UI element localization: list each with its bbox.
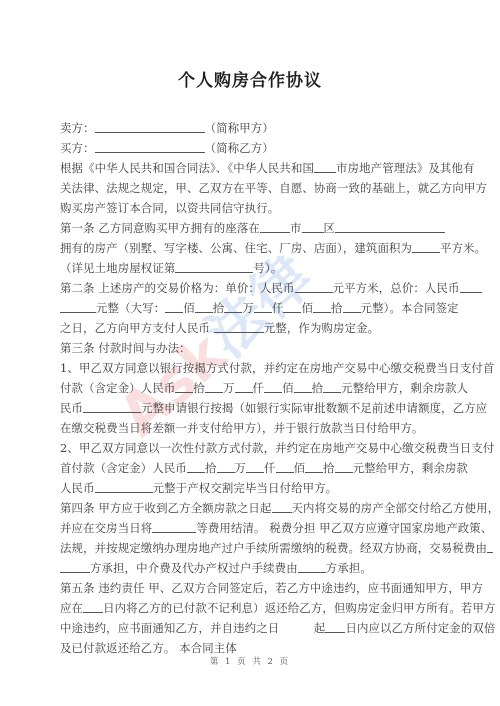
fill-in-blank[interactable] [254, 299, 272, 313]
fill-in-blank[interactable] [175, 379, 193, 393]
line-text: 元整给甲方，剩余房款 [353, 461, 468, 475]
line-text: 买方： [60, 141, 95, 155]
fill-in-blank[interactable] [313, 299, 331, 313]
line-text: （简称甲方） [205, 121, 274, 135]
line-text: 仟 [272, 301, 284, 315]
line-text: 应在 [60, 601, 83, 615]
line-text: 之日，乙方向甲方支付人民币 [60, 321, 214, 335]
fill-in-blank[interactable] [83, 399, 141, 413]
line-text: 购买房产签订本合同，以资共同信守执行。 [60, 201, 279, 215]
document-line: 拥有的房产（别墅、写字楼、公寓、住宅、厂房、店面），建筑面积为平方米。 [60, 238, 445, 258]
line-text: 拾 [331, 301, 343, 315]
fill-in-blank[interactable] [298, 559, 326, 573]
fill-in-blank[interactable] [83, 599, 103, 613]
line-text: 第一条 乙方同意购买甲方拥有的座落在 [60, 221, 260, 235]
document-line: 第五条 违约责任 甲、乙双方合同签定后，若乙方中途违约，应书面通知甲方，甲方 [60, 578, 445, 598]
document-title: 个人购房合作协议 [0, 66, 500, 91]
line-text: 拾 [193, 381, 205, 395]
line-text: 拾 [323, 461, 335, 475]
document-line: 元整（大写：佰拾万仟佰拾元整）。本合同签定 [60, 298, 445, 318]
document-line: （详见土地房屋权证第号）。 [60, 258, 445, 278]
fill-in-blank[interactable] [264, 379, 282, 393]
line-text: 佰 [294, 461, 306, 475]
line-text: 日内应以乙方所付定金的双倍 [345, 621, 495, 635]
document-line: 第二条 上述房产的交易价格为：单价：人民币元平方米，总价：人民币 [60, 278, 445, 298]
fill-in-blank[interactable] [294, 379, 312, 393]
line-text: 1、甲乙双方同意以银行按揭方式付款，并约定在房地产交易中心缴交税费当日支付首 [60, 361, 494, 375]
fill-in-blank[interactable] [412, 239, 440, 253]
line-text: 仟 [253, 381, 265, 395]
document-line: 应在日内将乙方的已付款不记利息）返还给乙方，但购房定金归甲方所有。若甲方 [60, 598, 445, 618]
document-line: 方承担，中介费及代办产权过户手续费由方承担。 [60, 558, 445, 578]
fill-in-blank[interactable] [260, 219, 290, 233]
line-text: 市 [290, 221, 302, 235]
line-text: 拥有的房产（别墅、写字楼、公寓、住宅、厂房、店面），建筑面积为 [60, 241, 412, 255]
document-line: 购买房产签订本合同，以资共同信守执行。 [60, 198, 445, 218]
line-text: 号）。 [253, 261, 282, 275]
page-footer: 第 1 页 共 2 页 [0, 655, 500, 667]
fill-in-blank[interactable] [246, 459, 264, 473]
line-text: 方承担，中介费及代办产权过户手续费由 [90, 561, 298, 575]
line-text: 在缴交税费当日将差额一并支付给甲方），并于银行放款当日付给甲方。 [60, 421, 424, 435]
line-text: 关法律、法规之规定，甲、乙双方在平等、自愿、协商一致的基础上，就乙方向甲方 [60, 181, 487, 195]
fill-in-blank[interactable] [217, 459, 235, 473]
line-text: 万 [242, 301, 254, 315]
fill-in-blank[interactable] [224, 299, 242, 313]
fill-in-blank[interactable] [214, 319, 264, 333]
document-line: 法规，并按规定缴纳办理房地产过户手续所需缴纳的税费。经双方协商，交易税费由 [60, 538, 445, 558]
line-text: 人民币 [60, 481, 95, 495]
document-line: 第四条 甲方应于收到乙方全额房款之日起天内将交易的房产全部交付给乙方使用， [60, 498, 445, 518]
fill-in-blank[interactable] [314, 159, 336, 173]
document-line: 在缴交税费当日将差额一并支付给甲方），并于银行放款当日付给甲方。 [60, 418, 445, 438]
line-text: 元整（大写： [96, 301, 165, 315]
line-text: 平方米。 [440, 241, 486, 255]
fill-in-blank[interactable] [205, 379, 223, 393]
fill-in-blank[interactable] [60, 559, 90, 573]
document-line: 根据《中华人民共和国合同法》、《中华人民共和国市房地产管理法》及其他有 [60, 158, 445, 178]
line-text: 元整）。本合同签定 [361, 301, 459, 315]
line-text: 区 [324, 221, 336, 235]
document-line: 付款（含定金）人民币拾万仟佰拾元整给甲方，剩余房款人 [60, 378, 445, 398]
line-text: 第三条 付款时间与办法： [60, 341, 191, 355]
line-text: （简称乙方） [205, 141, 274, 155]
line-text: 市房地产管理法》及其他有 [336, 161, 475, 175]
line-text: 拾 [213, 301, 225, 315]
line-text: 第四条 甲方应于收到乙方全额房款之日起 [60, 501, 272, 515]
line-text: 法规，并按规定缴纳办理房地产过户手续所需缴纳的税费。经双方协商，交易税费由 [60, 541, 487, 555]
fill-in-blank[interactable] [195, 299, 213, 313]
fill-in-blank[interactable] [175, 259, 253, 273]
fill-in-blank[interactable] [152, 519, 196, 533]
line-text: 佰 [282, 381, 294, 395]
line-text: 万 [235, 461, 247, 475]
line-text: 卖方： [60, 121, 95, 135]
fill-in-blank[interactable] [95, 139, 205, 153]
fill-in-blank[interactable] [305, 459, 323, 473]
line-text: 民币 [60, 401, 83, 415]
document-line: 之日，乙方向甲方支付人民币 元整，作为购房定金。 [60, 318, 445, 338]
line-text: 并应在交房当日将 [60, 521, 152, 535]
document-line: 2、甲乙双方同意以一次性付款方式付款，并约定在房地产交易中心缴交税费当日支付 [60, 438, 445, 458]
line-text: （详见土地房屋权证第 [60, 261, 175, 275]
document-line: 第一条 乙方同意购买甲方拥有的座落在市区 [60, 218, 445, 238]
fill-in-blank[interactable] [487, 539, 493, 553]
line-text: 第二条 上述房产的交易价格为：单价：人民币 [60, 281, 295, 295]
fill-in-blank[interactable] [235, 379, 253, 393]
line-text: 第五条 违约责任 甲、乙双方合同签定后，若乙方中途违约，应书面通知甲方，甲方 [60, 581, 483, 595]
fill-in-blank[interactable] [272, 499, 292, 513]
document-line: 买方：（简称乙方） [60, 138, 445, 158]
document-line: 关法律、法规之规定，甲、乙双方在平等、自愿、协商一致的基础上，就乙方向甲方 [60, 178, 445, 198]
line-text: 2、甲乙双方同意以一次性付款方式付款，并约定在房地产交易中心缴交税费当日支付 [60, 441, 494, 455]
line-text: 拾 [205, 461, 217, 475]
document-line: 首付款（含定金）人民币拾万仟佰拾元整给甲方，剩余房款 [60, 458, 445, 478]
line-text: 根据《中华人民共和国合同法》、《中华人民共和国 [60, 161, 314, 175]
line-text: 方承担。 [326, 561, 372, 575]
line-text: 首付款（含定金）人民币 [60, 461, 187, 475]
document-line: 中途违约，应书面通知乙方，并自违约之日 起日内应以乙方所付定金的双倍 [60, 618, 445, 638]
line-text: 天内将交易的房产全部交付给乙方使用， [292, 501, 500, 515]
fill-in-blank[interactable] [325, 619, 345, 633]
document-line: 卖方：（简称甲方） [60, 118, 445, 138]
fill-in-blank[interactable] [343, 299, 361, 313]
fill-in-blank[interactable] [323, 379, 341, 393]
line-text: 佰 [301, 301, 313, 315]
line-text: 元整申请银行按揭（如银行实际审批数额不足前述申请额度，乙方应 [141, 401, 487, 415]
fill-in-blank[interactable] [295, 279, 333, 293]
line-text: 仟 [264, 461, 276, 475]
line-text: 日内将乙方的已付款不记利息）返还给乙方，但购房定金归甲方所有。若甲方 [103, 601, 495, 615]
line-text: 及已付款返还给乙方。 本合同主体 [60, 641, 237, 655]
line-text: 拾 [312, 381, 324, 395]
line-text: 万 [223, 381, 235, 395]
line-text: 元整给甲方，剩余房款人 [341, 381, 468, 395]
document-line: 并应在交房当日将等费用结清。 税费分担 甲乙双方应遵守国家房地产政策、 [60, 518, 445, 538]
line-text: 中途违约，应书面通知乙方，并自违约之日 起 [60, 621, 325, 635]
fill-in-blank[interactable] [460, 279, 482, 293]
fill-in-blank[interactable] [335, 459, 353, 473]
document-line: 第三条 付款时间与办法： [60, 338, 445, 358]
fill-in-blank[interactable] [95, 119, 205, 133]
document-page: Ask法律 个人购房合作协议 卖方：（简称甲方）买方：（简称乙方）根据《中华人民… [0, 0, 500, 706]
line-text: 佰 [183, 301, 195, 315]
line-text: 付款（含定金）人民币 [60, 381, 175, 395]
fill-in-blank[interactable] [335, 219, 445, 233]
fill-in-blank[interactable] [187, 459, 205, 473]
document-line: 1、甲乙双方同意以银行按揭方式付款，并约定在房地产交易中心缴交税费当日支付首 [60, 358, 445, 378]
fill-in-blank[interactable] [95, 479, 153, 493]
line-text: 元整于产权交割完毕当日付给甲方。 [153, 481, 338, 495]
line-text: 等费用结清。 税费分担 甲乙双方应遵守国家房地产政策、 [196, 521, 492, 535]
fill-in-blank[interactable] [165, 299, 183, 313]
fill-in-blank[interactable] [302, 219, 324, 233]
document-body: 卖方：（简称甲方）买方：（简称乙方）根据《中华人民共和国合同法》、《中华人民共和… [60, 118, 445, 658]
fill-in-blank[interactable] [276, 459, 294, 473]
fill-in-blank[interactable] [283, 299, 301, 313]
fill-in-blank[interactable] [60, 299, 96, 313]
line-text: 元整，作为购房定金。 [264, 321, 379, 335]
document-line: 民币元整申请银行按揭（如银行实际审批数额不足前述申请额度，乙方应 [60, 398, 445, 418]
document-line: 人民币元整于产权交割完毕当日付给甲方。 [60, 478, 445, 498]
line-text: 元平方米，总价：人民币 [333, 281, 460, 295]
